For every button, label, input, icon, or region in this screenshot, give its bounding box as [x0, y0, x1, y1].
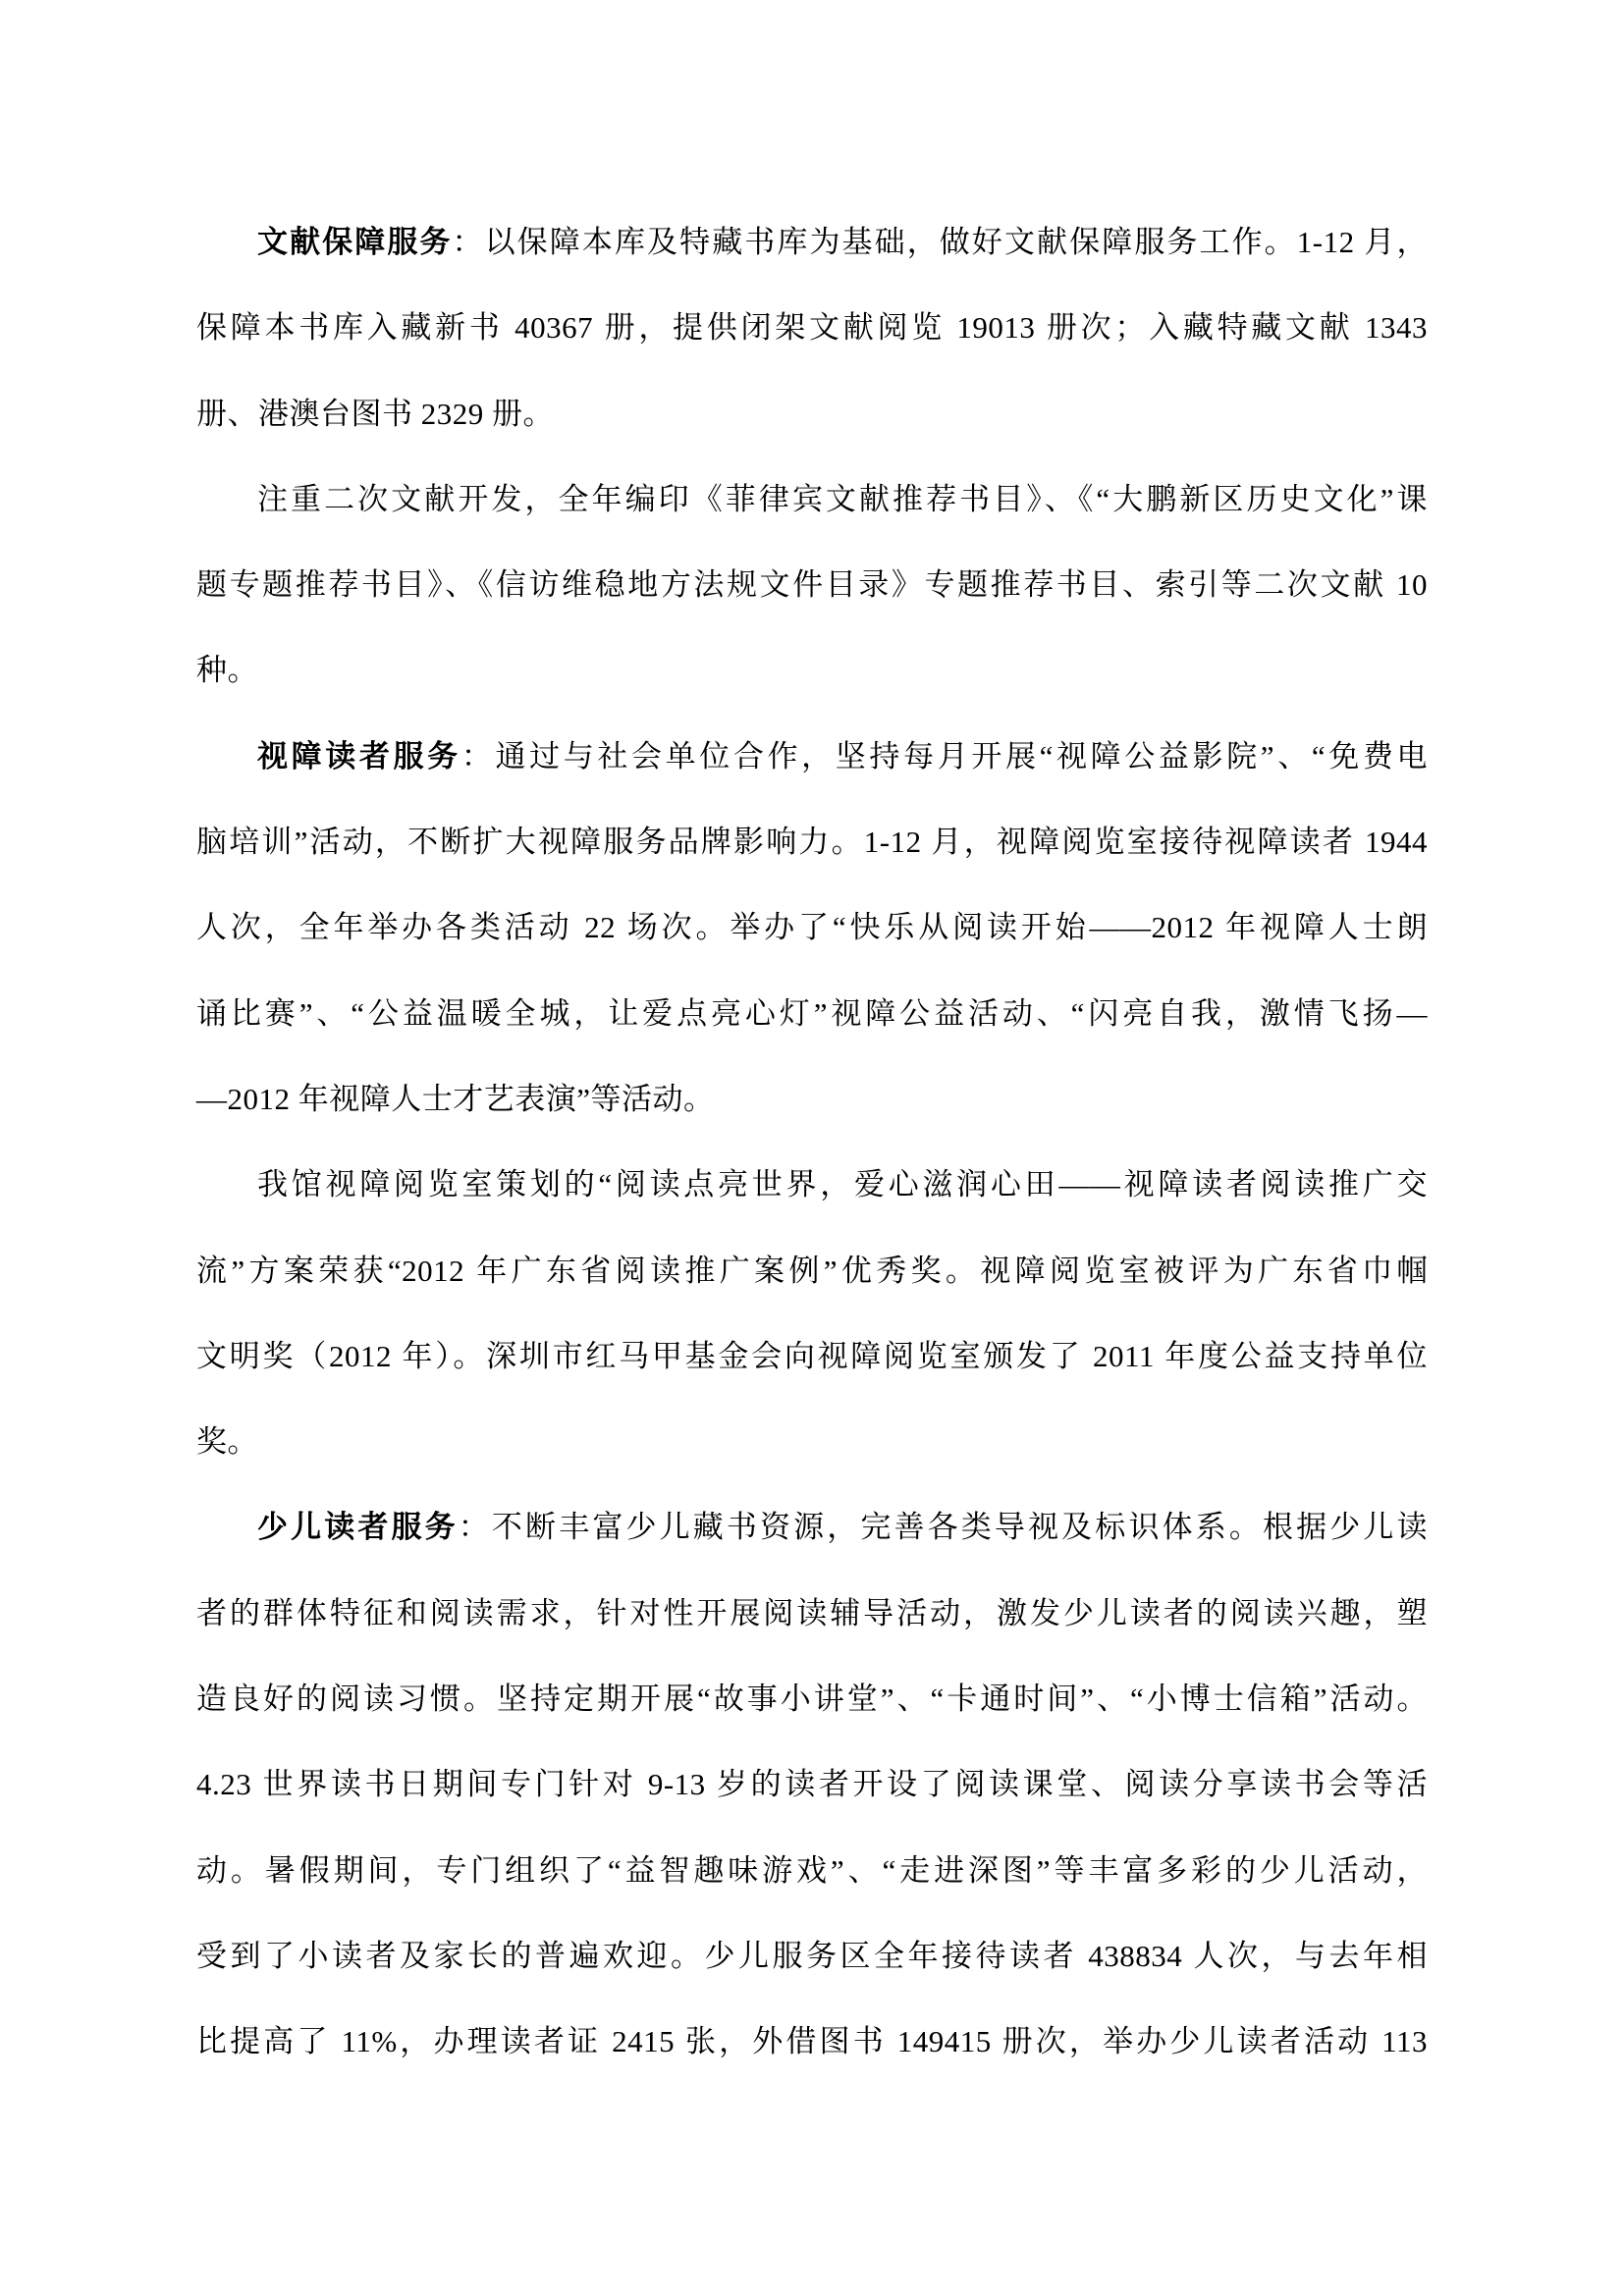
text-run: 动。暑假期间，专门组织了“益智趣味游戏”、“走进深图”等丰富多彩的少儿活动，: [196, 1853, 1428, 1888]
text-run: ：通过与社会单位合作，坚持每月开展“视障公益影院”、“免费电: [461, 739, 1428, 774]
text-run: 者的群体特征和阅读需求，针对性开展阅读辅导活动，激发少儿读者的阅读兴趣，塑: [196, 1596, 1428, 1630]
text-run: 种。: [196, 653, 258, 687]
section-heading: 少儿读者服务: [257, 1510, 459, 1544]
document-line: 人次，全年举办各类活动 22 场次。举办了“快乐从阅读开始——2012 年视障人…: [196, 884, 1428, 970]
text-run: —2012 年视障人士才艺表演”等活动。: [196, 1082, 715, 1116]
document-line: 保障本书库入藏新书 40367 册，提供闭架文献阅览 19013 册次；入藏特藏…: [196, 285, 1428, 370]
document-page: 文献保障服务：以保障本库及特藏书库为基础，做好文献保障服务工作。1-12 月，保…: [0, 0, 1624, 2296]
document-line: 注重二次文献开发，全年编印《菲律宾文献推荐书目》、《“大鹏新区历史文化”课: [196, 456, 1428, 542]
text-run: 人次，全年举办各类活动 22 场次。举办了“快乐从阅读开始——2012 年视障人…: [196, 910, 1428, 944]
document-body: 文献保障服务：以保障本库及特藏书库为基础，做好文献保障服务工作。1-12 月，保…: [196, 199, 1428, 2085]
text-run: 流”方案荣获“2012 年广东省阅读推广案例”优秀奖。视障阅览室被评为广东省巾帼: [196, 1254, 1428, 1288]
text-run: 造良好的阅读习惯。坚持定期开展“故事小讲堂”、“卡通时间”、“小博士信箱”活动。: [196, 1682, 1428, 1716]
text-run: 注重二次文献开发，全年编印《菲律宾文献推荐书目》、《“大鹏新区历史文化”课: [257, 482, 1428, 516]
document-line: 脑培训”活动，不断扩大视障服务品牌影响力。1-12 月，视障阅览室接待视障读者 …: [196, 799, 1428, 884]
text-run: 册、港澳台图书 2329 册。: [196, 397, 554, 431]
document-line: 者的群体特征和阅读需求，针对性开展阅读辅导活动，激发少儿读者的阅读兴趣，塑: [196, 1571, 1428, 1656]
document-line: 视障读者服务：通过与社会单位合作，坚持每月开展“视障公益影院”、“免费电: [196, 714, 1428, 799]
text-run: 文明奖（2012 年）。深圳市红马甲基金会向视障阅览室颁发了 2011 年度公益…: [196, 1339, 1428, 1373]
document-line: 奖。: [196, 1399, 1428, 1484]
section-heading: 视障读者服务: [257, 739, 461, 774]
document-line: 受到了小读者及家长的普遍欢迎。少儿服务区全年接待读者 438834 人次，与去年…: [196, 1913, 1428, 1999]
document-line: 动。暑假期间，专门组织了“益智趣味游戏”、“走进深图”等丰富多彩的少儿活动，: [196, 1828, 1428, 1913]
document-line: 少儿读者服务：不断丰富少儿藏书资源，完善各类导视及标识体系。根据少儿读: [196, 1484, 1428, 1570]
document-line: 文献保障服务：以保障本库及特藏书库为基础，做好文献保障服务工作。1-12 月，: [196, 199, 1428, 285]
document-line: 文明奖（2012 年）。深圳市红马甲基金会向视障阅览室颁发了 2011 年度公益…: [196, 1313, 1428, 1399]
text-run: 受到了小读者及家长的普遍欢迎。少儿服务区全年接待读者 438834 人次，与去年…: [196, 1939, 1428, 1973]
text-run: 我馆视障阅览室策划的“阅读点亮世界，爱心滋润心田——视障读者阅读推广交: [257, 1167, 1428, 1201]
document-line: —2012 年视障人士才艺表演”等活动。: [196, 1056, 1428, 1142]
text-run: 题专题推荐书目》、《信访维稳地方法规文件目录》专题推荐书目、索引等二次文献 10: [196, 567, 1428, 602]
text-run: 诵比赛”、“公益温暖全城，让爱点亮心灯”视障公益活动、“闪亮自我，激情飞扬—: [196, 996, 1428, 1031]
text-run: ：不断丰富少儿藏书资源，完善各类导视及标识体系。根据少儿读: [459, 1510, 1428, 1544]
document-line: 4.23 世界读书日期间专门针对 9-13 岁的读者开设了阅读课堂、阅读分享读书…: [196, 1741, 1428, 1827]
text-run: 保障本书库入藏新书 40367 册，提供闭架文献阅览 19013 册次；入藏特藏…: [196, 310, 1428, 345]
document-line: 我馆视障阅览室策划的“阅读点亮世界，爱心滋润心田——视障读者阅读推广交: [196, 1142, 1428, 1227]
document-line: 册、港澳台图书 2329 册。: [196, 371, 1428, 456]
text-run: 比提高了 11%，办理读者证 2415 张，外借图书 149415 册次，举办少…: [196, 2024, 1428, 2058]
section-heading: 文献保障服务: [257, 225, 453, 259]
document-line: 比提高了 11%，办理读者证 2415 张，外借图书 149415 册次，举办少…: [196, 1999, 1428, 2084]
document-line: 诵比赛”、“公益温暖全城，让爱点亮心灯”视障公益活动、“闪亮自我，激情飞扬—: [196, 971, 1428, 1056]
document-line: 题专题推荐书目》、《信访维稳地方法规文件目录》专题推荐书目、索引等二次文献 10: [196, 542, 1428, 627]
text-run: ：以保障本库及特藏书库为基础，做好文献保障服务工作。1-12 月，: [453, 225, 1428, 259]
text-run: 脑培训”活动，不断扩大视障服务品牌影响力。1-12 月，视障阅览室接待视障读者 …: [196, 825, 1428, 859]
document-line: 种。: [196, 627, 1428, 713]
text-run: 4.23 世界读书日期间专门针对 9-13 岁的读者开设了阅读课堂、阅读分享读书…: [196, 1767, 1428, 1801]
document-line: 流”方案荣获“2012 年广东省阅读推广案例”优秀奖。视障阅览室被评为广东省巾帼: [196, 1228, 1428, 1313]
text-run: 奖。: [196, 1424, 258, 1459]
document-line: 造良好的阅读习惯。坚持定期开展“故事小讲堂”、“卡通时间”、“小博士信箱”活动。: [196, 1656, 1428, 1741]
